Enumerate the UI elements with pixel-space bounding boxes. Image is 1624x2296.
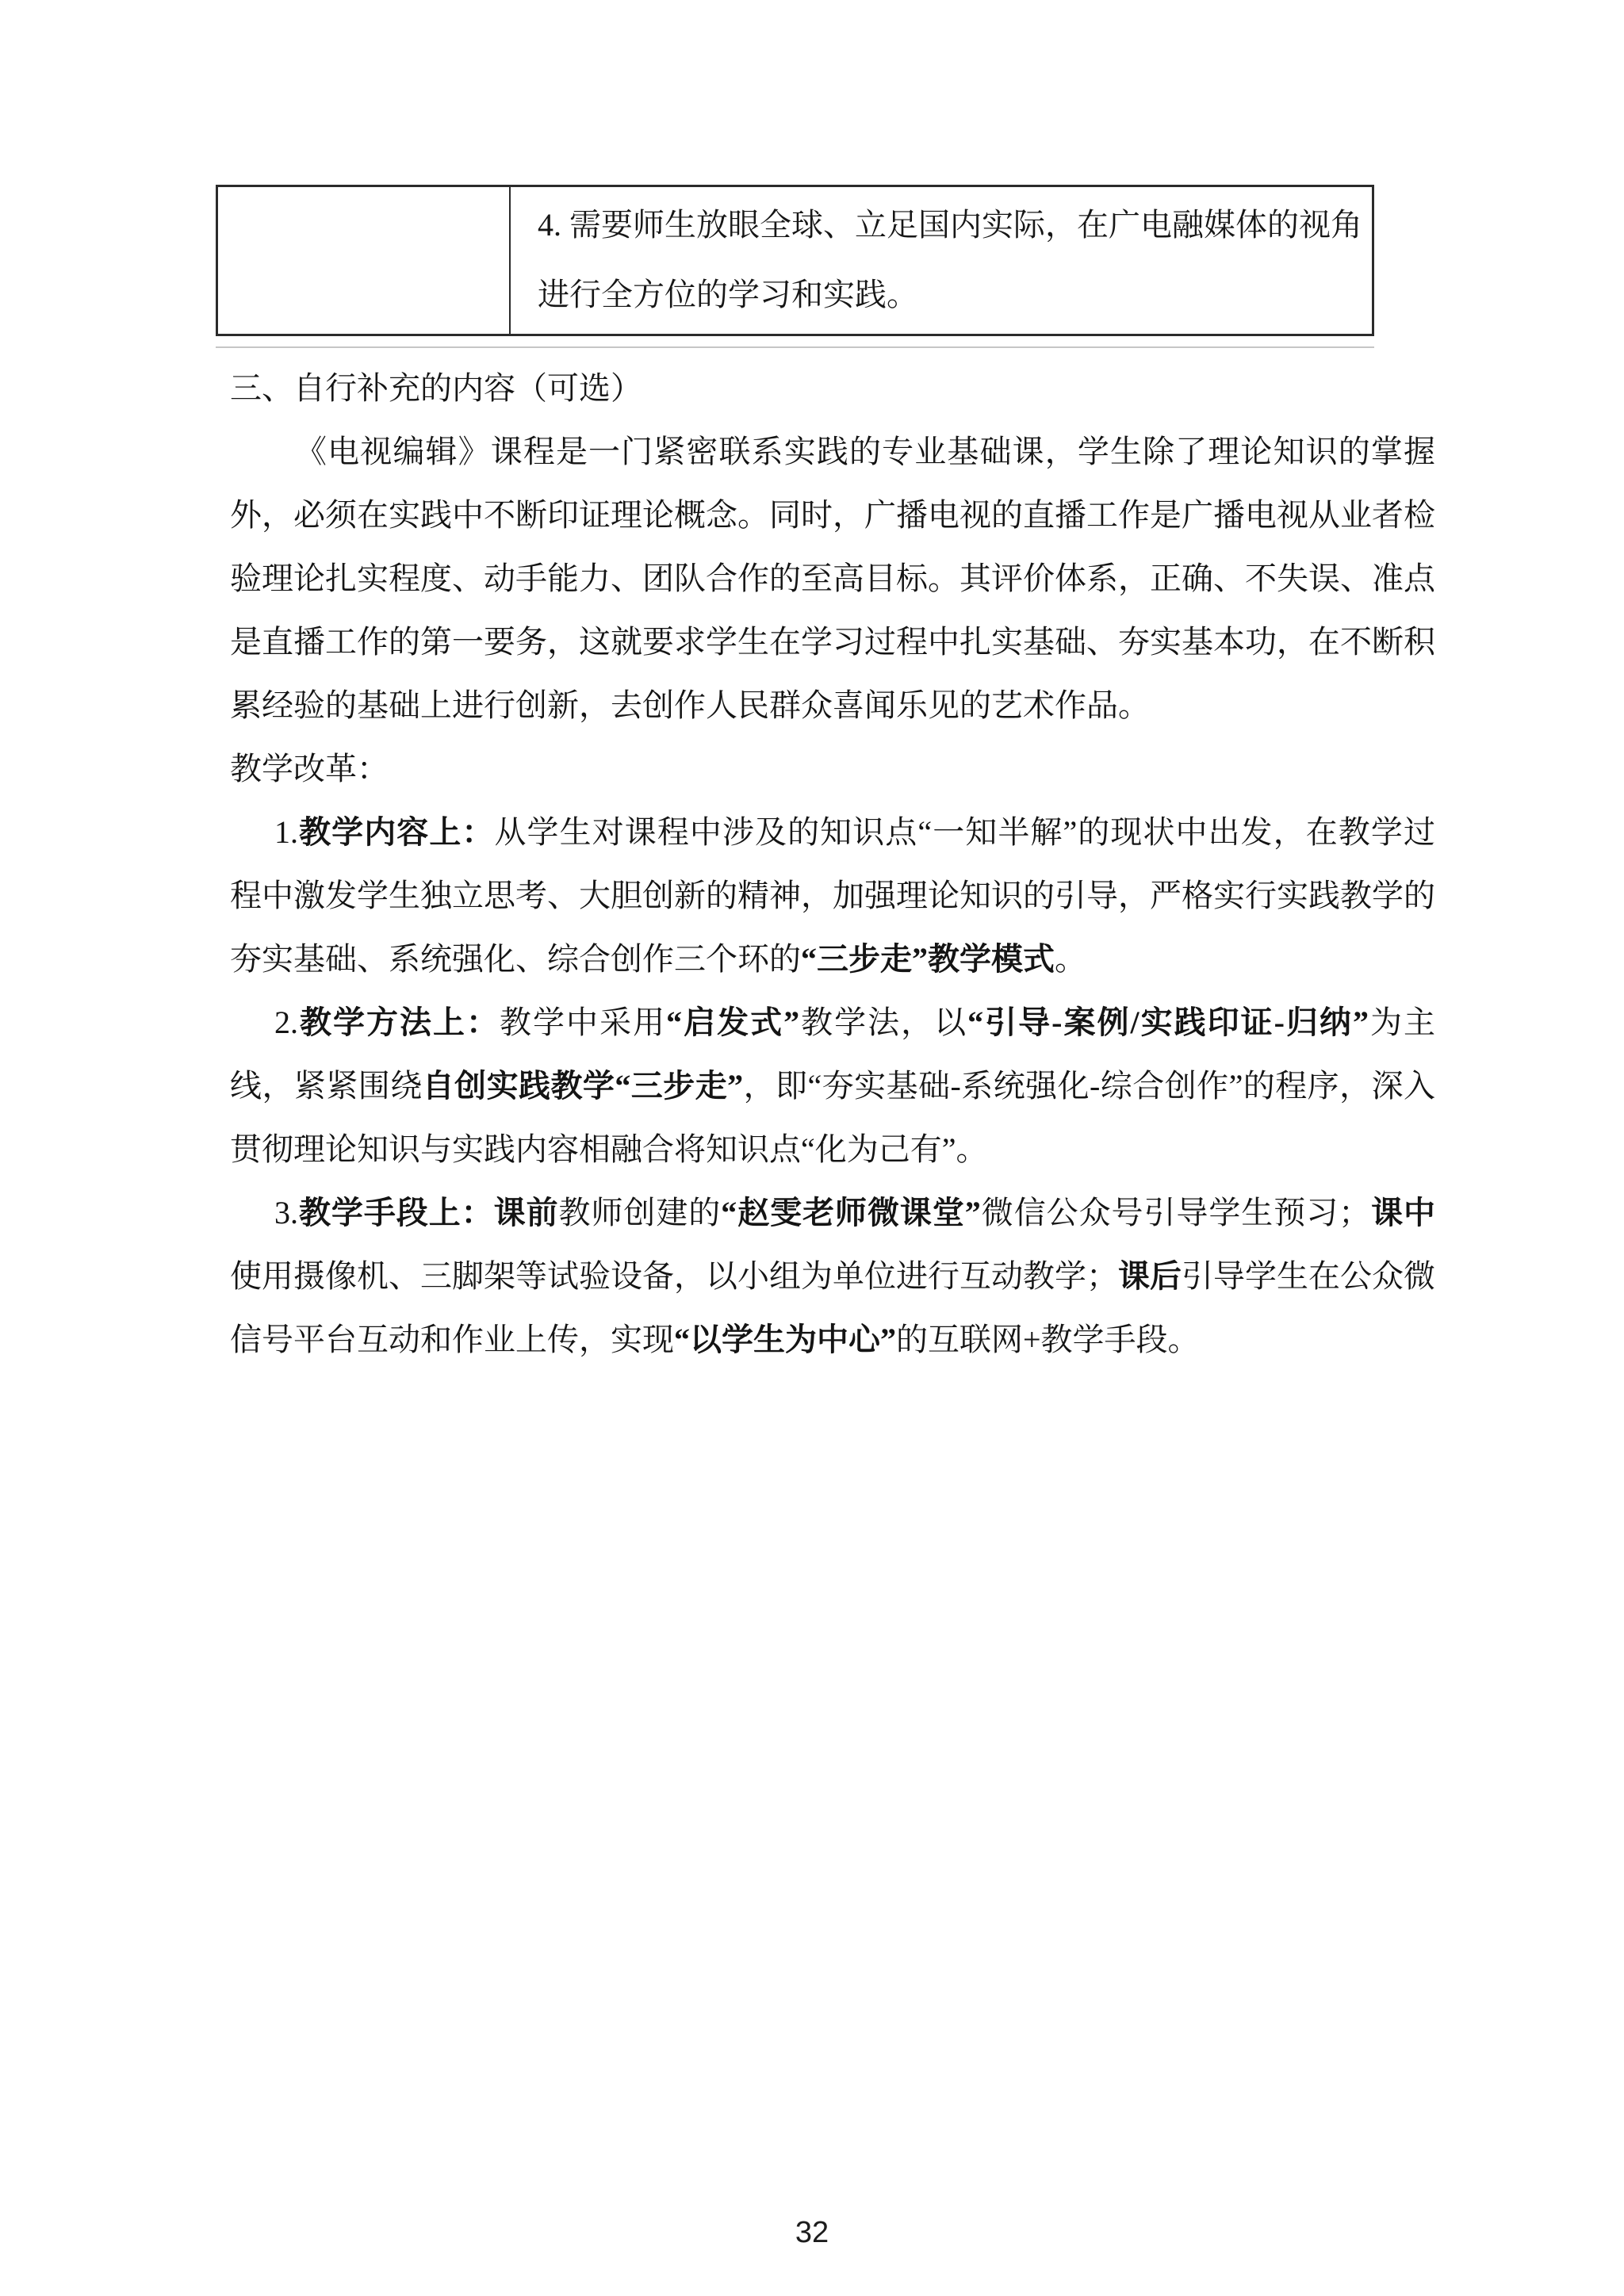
text-run: 的互联网+教学手段。 [896, 1322, 1200, 1357]
text-run-bold: 自创实践教学“三步走” [423, 1068, 743, 1104]
reform-item-1: 1.教学内容上：从学生对课程中涉及的知识点“一知半解”的现状中出发，在教学过程中… [230, 801, 1435, 991]
page-number: 32 [0, 2216, 1624, 2250]
table-cell-empty [218, 187, 511, 334]
text-run: 教学中采用 [500, 1004, 666, 1040]
document-page: 4. 需要师生放眼全球、立足国内实际，在广电融媒体的视角进行全方位的学习和实践。… [0, 0, 1624, 2296]
text-run-bold: 教学手段上： [298, 1195, 494, 1230]
section-heading: 三、自行补充的内容（可选） [230, 357, 1435, 420]
text-run-bold: 课后 [1118, 1258, 1182, 1294]
continuation-table: 4. 需要师生放眼全球、立足国内实际，在广电融媒体的视角进行全方位的学习和实践。 [216, 185, 1374, 336]
table-continuation-divider [216, 346, 1374, 348]
reform-item-3: 3.教学手段上：课前教师创建的“赵雯老师微课堂”微信公众号引导学生预习；课中使用… [230, 1181, 1435, 1372]
text-run: 使用摄像机、三脚架等试验设备，以小组为单位进行互动教学； [230, 1258, 1118, 1294]
table-cell-content: 4. 需要师生放眼全球、立足国内实际，在广电融媒体的视角进行全方位的学习和实践。 [511, 187, 1372, 334]
document-body: 三、自行补充的内容（可选） 《电视编辑》课程是一门紧密联系实践的专业基础课，学生… [230, 357, 1435, 1372]
reform-label: 教学改革： [230, 737, 1435, 801]
text-run: 教学法，以 [799, 1004, 967, 1040]
text-run: 2. [274, 1004, 298, 1040]
text-run: 微信公众号引导学生预习； [981, 1195, 1370, 1230]
text-run-bold: 课中 [1370, 1195, 1435, 1230]
text-run-bold: 课前 [494, 1195, 559, 1230]
text-run-bold: “引导-案例/实践印证-归纳” [967, 1004, 1369, 1040]
text-run-bold: 教学方法上： [298, 1004, 500, 1040]
text-run: 1. [274, 814, 298, 850]
text-run-bold: “以学生为中心” [674, 1322, 896, 1357]
reform-item-2: 2.教学方法上：教学中采用“启发式”教学法，以“引导-案例/实践印证-归纳”为主… [230, 991, 1435, 1181]
text-run: 3. [274, 1195, 298, 1230]
text-run: 教师创建的 [559, 1195, 722, 1230]
text-run-bold: 教学内容上： [298, 814, 494, 850]
text-run-bold: “赵雯老师微课堂” [721, 1195, 981, 1230]
text-run-bold: “三步走”教学模式 [801, 941, 1055, 977]
intro-paragraph: 《电视编辑》课程是一门紧密联系实践的专业基础课，学生除了理论知识的掌握外，必须在… [230, 420, 1435, 737]
text-run-bold: “启发式” [666, 1004, 799, 1040]
table-cell-line: 4. 需要师生放眼全球、立足国内实际，在广电融媒体的视角 [538, 190, 1362, 260]
table-cell-line: 进行全方位的学习和实践。 [538, 260, 1362, 330]
text-run: 。 [1055, 941, 1086, 977]
